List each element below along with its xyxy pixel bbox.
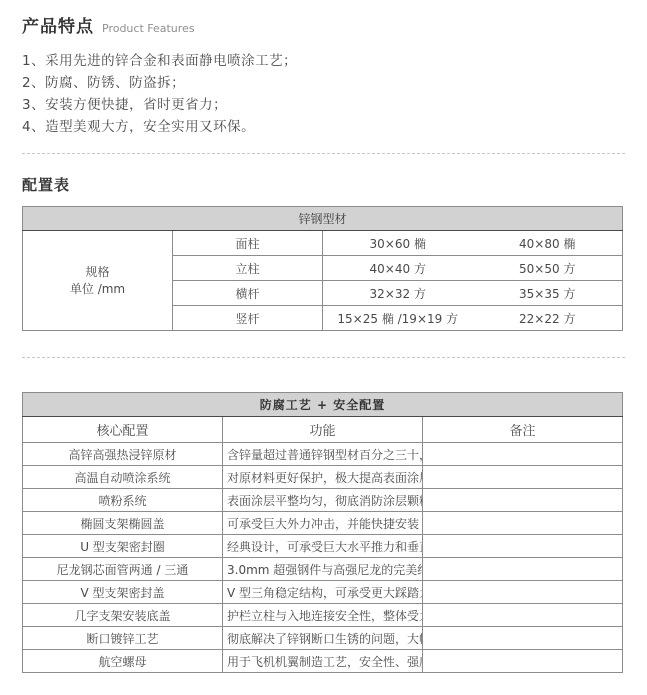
note-cell: [423, 466, 623, 489]
spec-row-name: 竖杆: [173, 306, 323, 331]
config-cell: 喷粉系统: [23, 489, 223, 512]
spec-table: 锌钢型材 规格 单位 /mm 面柱 30×60 椭 40×80 椭 立柱 40×…: [22, 206, 623, 331]
table-row: 尼龙钢芯面管两通 / 三通 3.0mm 超强钢件与高强尼龙的完美结合，安全性提高…: [23, 558, 623, 581]
function-cell: 表面涂层平整均匀，彻底消防涂层颗粒，漏底，厚薄不一等现象: [223, 489, 423, 512]
spec-row-name: 面柱: [173, 231, 323, 256]
table-row: 规格 单位 /mm 面柱 30×60 椭 40×80 椭: [23, 231, 623, 256]
safety-table: 防腐工艺 + 安全配置 核心配置 功能 备注 高锌高强热浸锌原材 含锌量超过普通…: [22, 392, 623, 673]
product-features-list: 1、采用先进的锌合金和表面静电喷涂工艺； 2、防腐、防锈、防盗拆； 3、安装方便…: [22, 50, 625, 138]
function-cell: 可承受巨大外力冲击，并能快捷安装: [223, 512, 423, 535]
spec-table-header: 锌钢型材: [23, 207, 623, 231]
function-cell: 用于飞机机翼制造工艺，安全性、强度是普通自攻自钻螺丝的 30 倍: [223, 650, 423, 673]
feature-item: 1、采用先进的锌合金和表面静电喷涂工艺；: [22, 50, 625, 72]
safety-table-header-row: 防腐工艺 + 安全配置: [23, 393, 623, 417]
note-cell: [423, 558, 623, 581]
spec-value-2: 40×80 椭: [473, 231, 623, 256]
spec-unit-line1: 规格: [85, 265, 109, 279]
spec-value-2: 22×22 方: [473, 306, 623, 331]
table-row: V 型支架密封盖 V 型三角稳定结构，可承受更大踩踏力推力，安全性提高 5 倍以…: [23, 581, 623, 604]
spec-value-1: 15×25 椭 /19×19 方: [323, 306, 473, 331]
table-row: 航空螺母 用于飞机机翼制造工艺，安全性、强度是普通自攻自钻螺丝的 30 倍: [23, 650, 623, 673]
table-row: 喷粉系统 表面涂层平整均匀，彻底消防涂层颗粒，漏底，厚薄不一等现象: [23, 489, 623, 512]
note-cell: [423, 604, 623, 627]
product-features-title: 产品特点: [22, 12, 94, 37]
spec-value-1: 40×40 方: [323, 256, 473, 281]
function-cell: V 型三角稳定结构，可承受更大踩踏力推力，安全性提高 5 倍以上: [223, 581, 423, 604]
config-cell: U 型支架密封圈: [23, 535, 223, 558]
safety-table-columns-row: 核心配置 功能 备注: [23, 417, 623, 443]
config-cell: 几字支架安装底盖: [23, 604, 223, 627]
table-row: U 型支架密封圈 经典设计，可承受巨大水平推力和垂直踏力，更安全可靠: [23, 535, 623, 558]
function-cell: 对原材料更好保护，极大提高表面涂层附着力: [223, 466, 423, 489]
column-header-function: 功能: [223, 417, 423, 443]
spec-row-name: 立柱: [173, 256, 323, 281]
spec-value-2: 35×35 方: [473, 281, 623, 306]
spec-row-name: 横杆: [173, 281, 323, 306]
config-cell: 尼龙钢芯面管两通 / 三通: [23, 558, 223, 581]
spec-table-header-row: 锌钢型材: [23, 207, 623, 231]
spec-value-1: 32×32 方: [323, 281, 473, 306]
dotted-divider: [22, 357, 625, 358]
table-row: 椭圆支架椭圆盖 可承受巨大外力冲击，并能快捷安装: [23, 512, 623, 535]
config-cell: 高锌高强热浸锌原材: [23, 443, 223, 466]
note-cell: [423, 489, 623, 512]
config-cell: 断口镀锌工艺: [23, 627, 223, 650]
page-content: 产品特点 Product Features 1、采用先进的锌合金和表面静电喷涂工…: [0, 0, 647, 673]
config-section-title: 配置表: [22, 174, 625, 195]
safety-table-header: 防腐工艺 + 安全配置: [23, 393, 623, 417]
note-cell: [423, 443, 623, 466]
table-row: 断口镀锌工艺 彻底解决了锌钢断口生锈的问题，大幅提高安全性能: [23, 627, 623, 650]
note-cell: [423, 581, 623, 604]
function-cell: 经典设计，可承受巨大水平推力和垂直踏力，更安全可靠: [223, 535, 423, 558]
product-features-header: 产品特点 Product Features: [22, 12, 625, 37]
table-row: 高温自动喷涂系统 对原材料更好保护，极大提高表面涂层附着力: [23, 466, 623, 489]
function-cell: 3.0mm 超强钢件与高强尼龙的完美结合，安全性提高 3 倍: [223, 558, 423, 581]
table-row: 高锌高强热浸锌原材 含锌量超过普通锌钢型材百分之三十，防腐更好: [23, 443, 623, 466]
note-cell: [423, 650, 623, 673]
spec-value-2: 50×50 方: [473, 256, 623, 281]
table-row: 几字支架安装底盖 护栏立柱与入地连接安全性，整体受力，强度更高: [23, 604, 623, 627]
dotted-divider: [22, 153, 625, 154]
note-cell: [423, 535, 623, 558]
config-cell: 高温自动喷涂系统: [23, 466, 223, 489]
column-header-note: 备注: [423, 417, 623, 443]
feature-item: 4、造型美观大方，安全实用又环保。: [22, 116, 625, 138]
column-header-config: 核心配置: [23, 417, 223, 443]
config-cell: 航空螺母: [23, 650, 223, 673]
function-cell: 彻底解决了锌钢断口生锈的问题，大幅提高安全性能: [223, 627, 423, 650]
spec-value-1: 30×60 椭: [323, 231, 473, 256]
note-cell: [423, 627, 623, 650]
spec-unit-line2: 单位 /mm: [70, 282, 125, 296]
spec-unit-cell: 规格 单位 /mm: [23, 231, 173, 331]
function-cell: 护栏立柱与入地连接安全性，整体受力，强度更高: [223, 604, 423, 627]
feature-item: 3、安装方便快捷，省时更省力；: [22, 94, 625, 116]
config-cell: V 型支架密封盖: [23, 581, 223, 604]
config-cell: 椭圆支架椭圆盖: [23, 512, 223, 535]
note-cell: [423, 512, 623, 535]
product-features-subtitle: Product Features: [102, 22, 195, 35]
feature-item: 2、防腐、防锈、防盗拆；: [22, 72, 625, 94]
function-cell: 含锌量超过普通锌钢型材百分之三十，防腐更好: [223, 443, 423, 466]
